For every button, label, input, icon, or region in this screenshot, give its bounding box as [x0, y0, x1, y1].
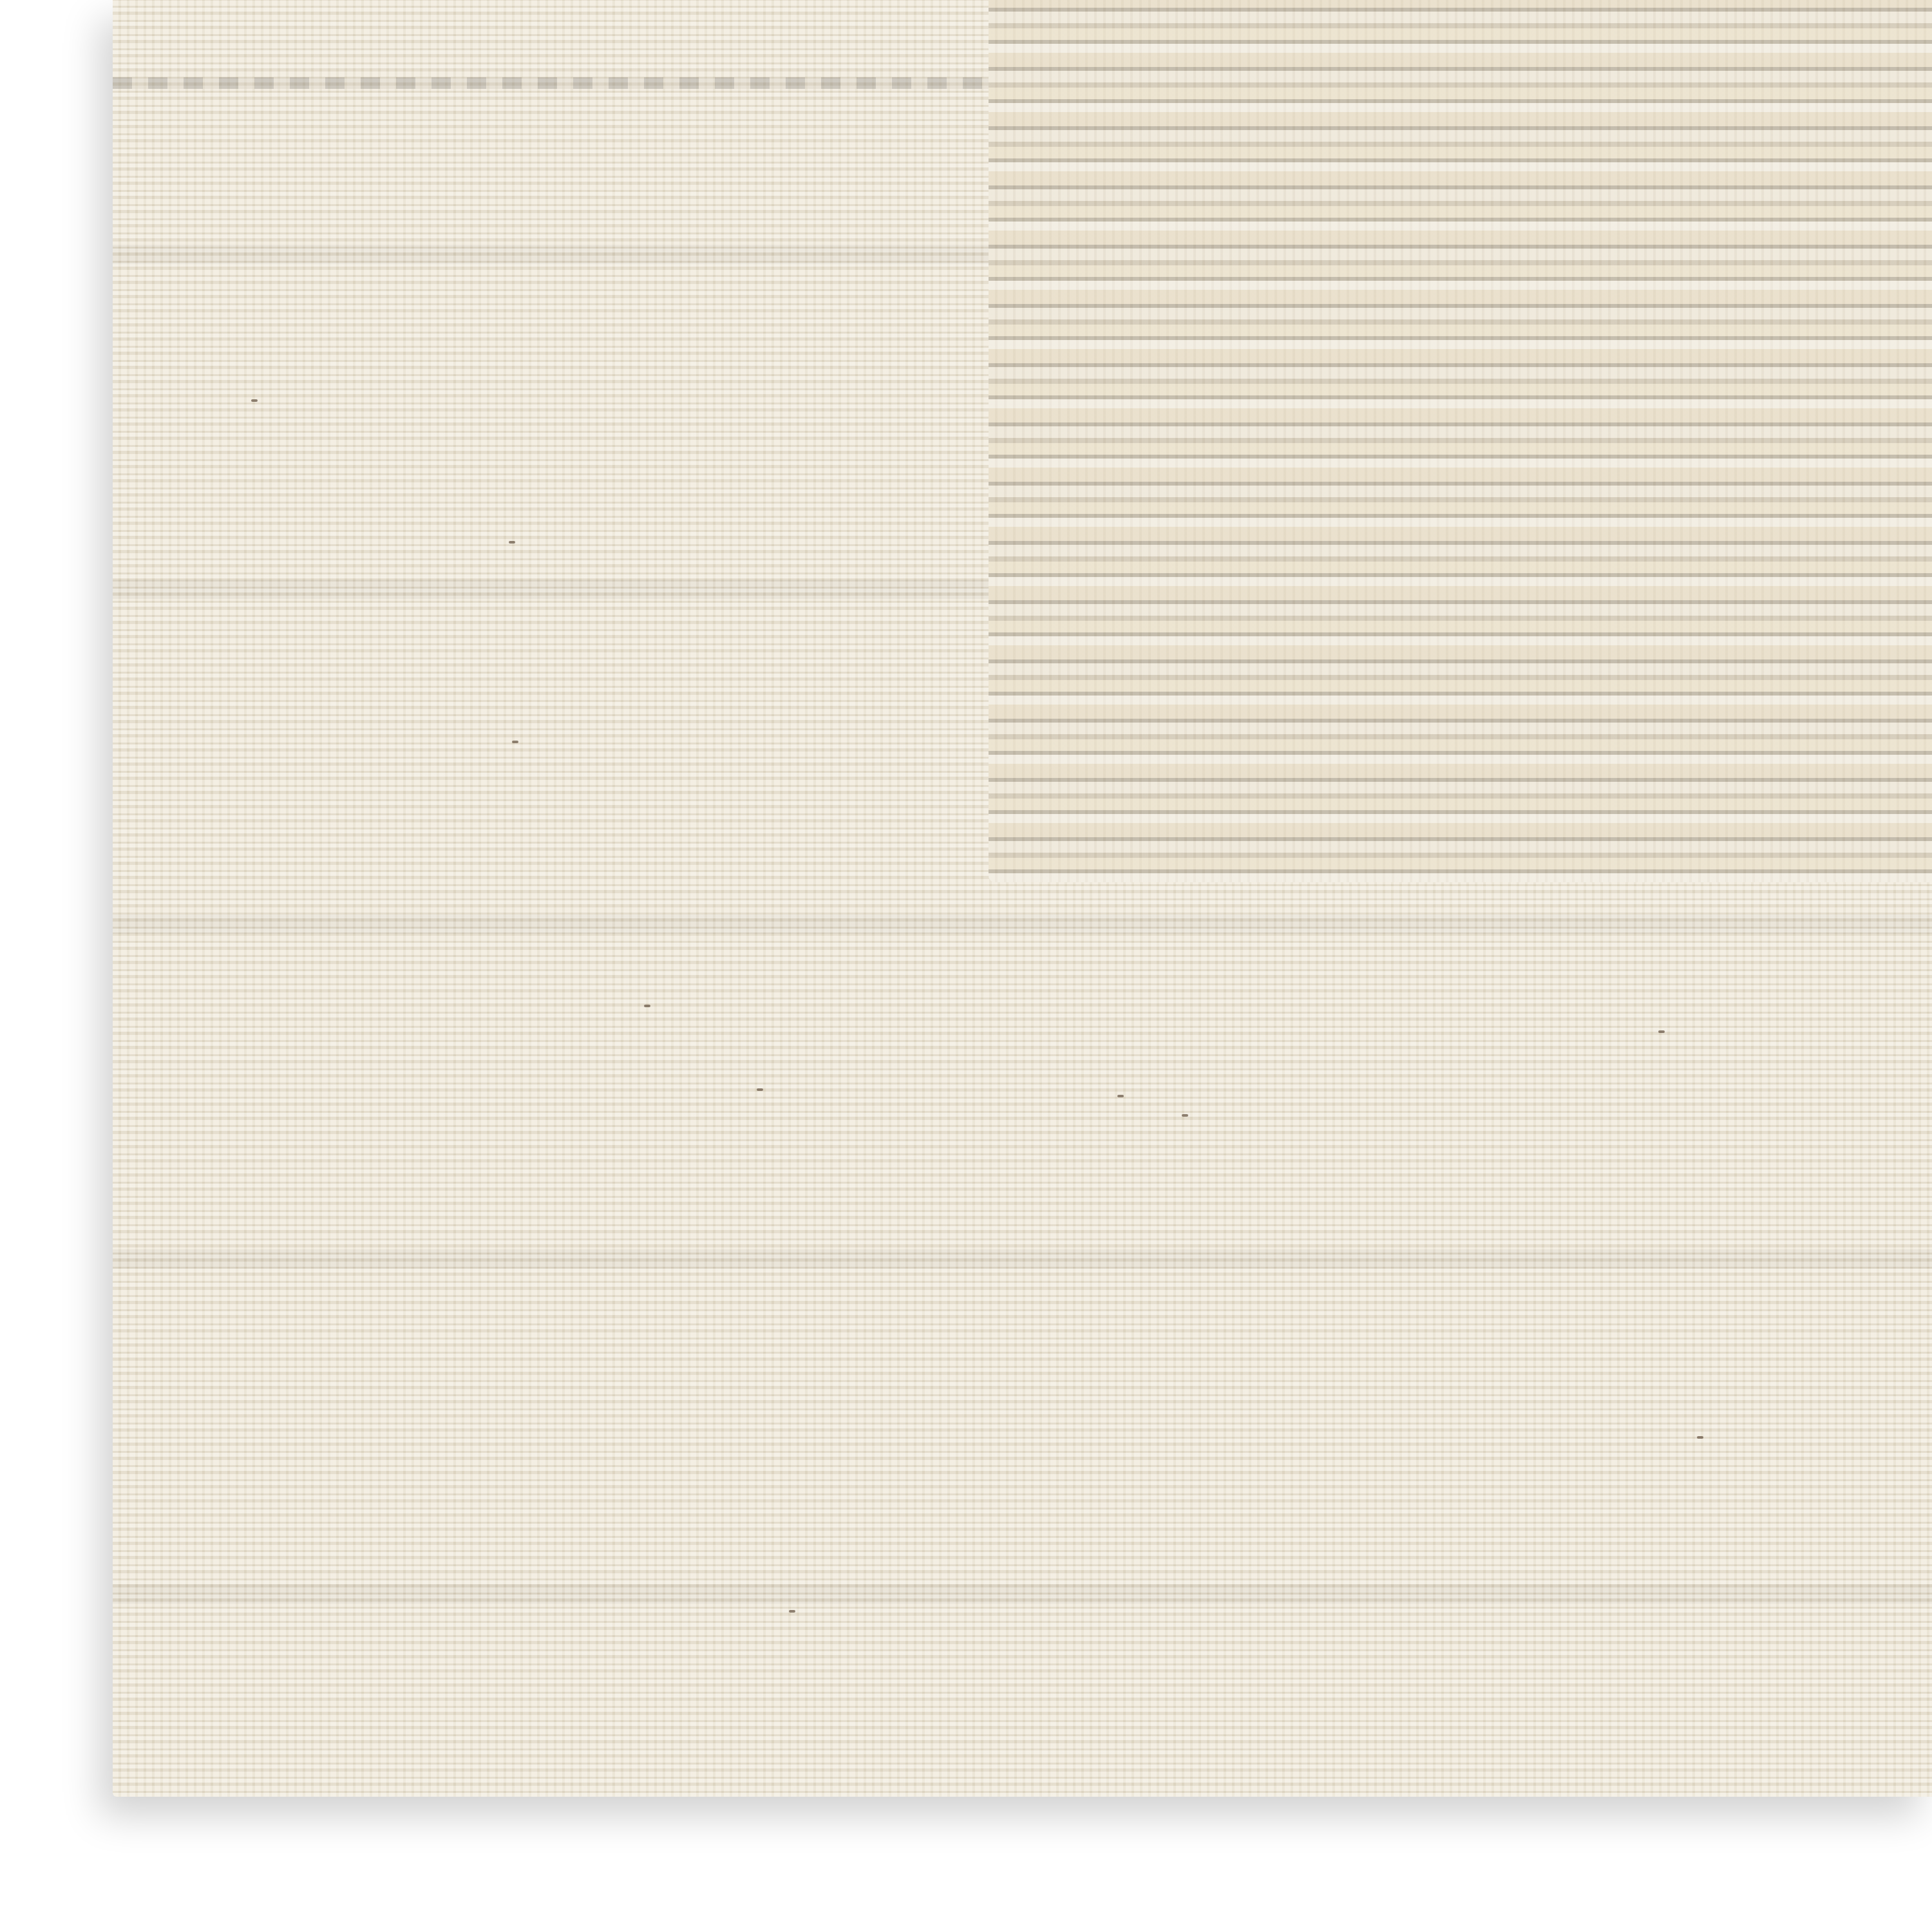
fleck — [1182, 1114, 1188, 1117]
rug-top-stripe — [113, 77, 989, 89]
striped-inner-panel — [989, 0, 1932, 882]
fleck — [512, 741, 518, 743]
wool-rug — [113, 0, 1932, 1797]
fleck — [509, 541, 515, 544]
fleck — [1658, 1030, 1665, 1033]
fleck — [644, 1005, 650, 1007]
fleck — [789, 1610, 795, 1613]
fleck — [1697, 1436, 1703, 1439]
fleck — [251, 399, 258, 402]
rug-photo — [0, 0, 1932, 1932]
fleck — [1117, 1095, 1124, 1097]
fleck — [757, 1088, 763, 1091]
